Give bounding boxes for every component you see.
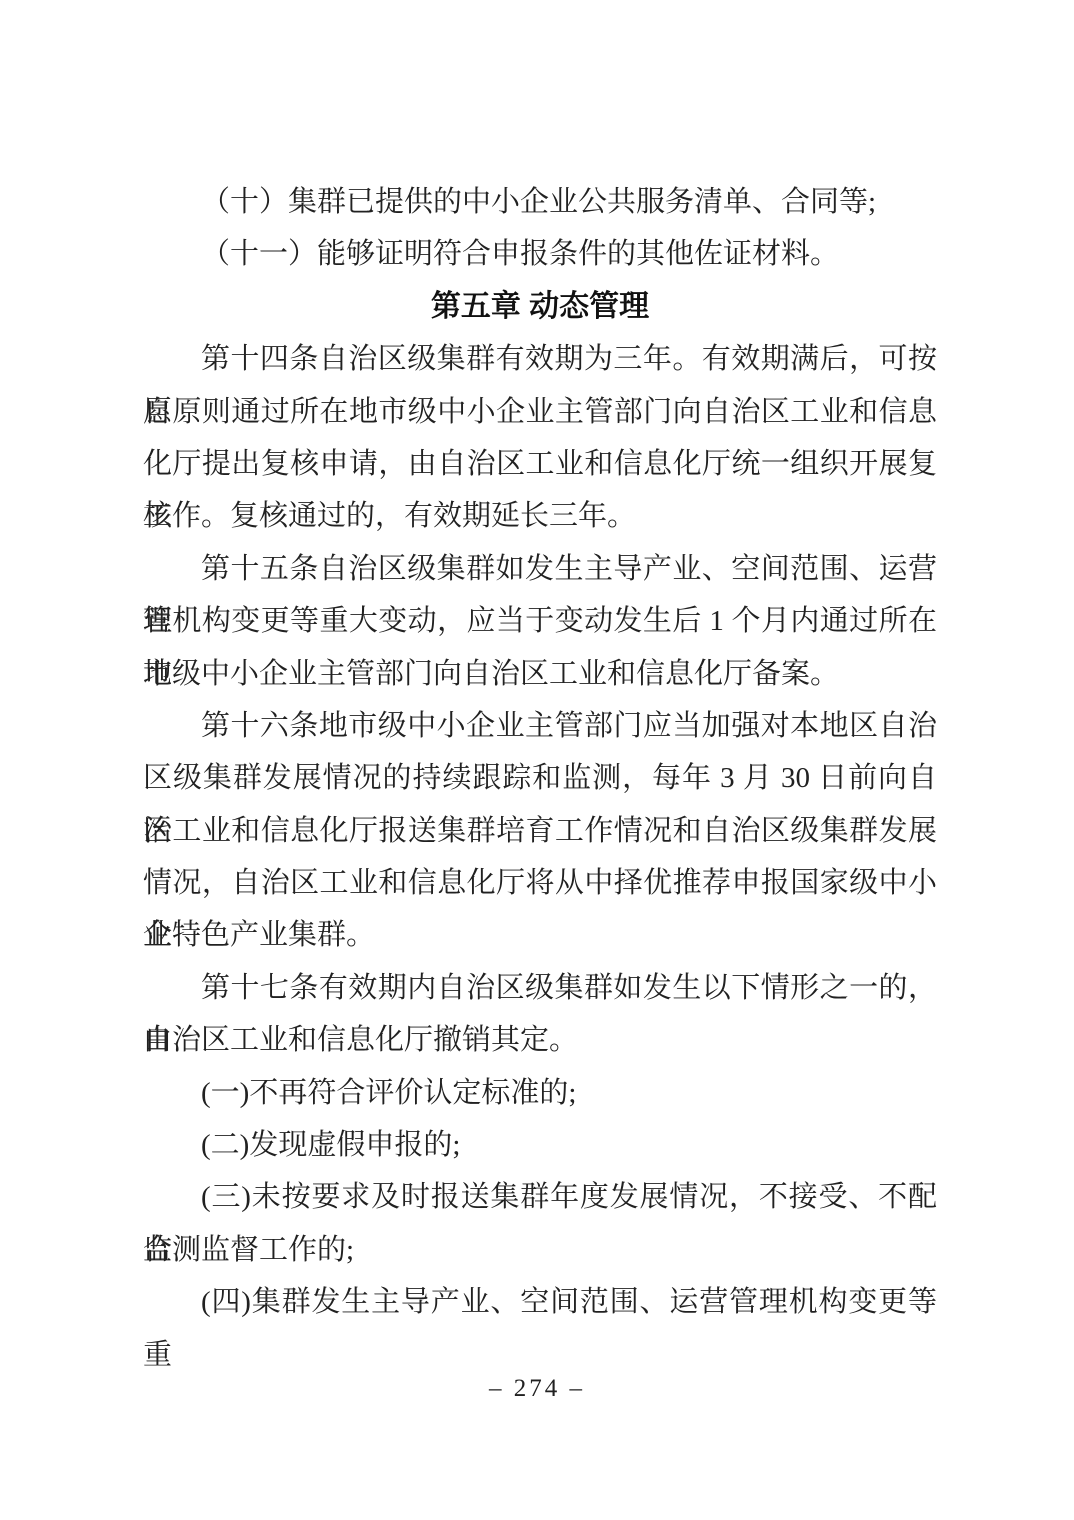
body-text-line: 区级集群发展情况的持续跟踪和监测，每年 3 月 30 日前向自治: [143, 752, 937, 804]
body-text-line: 第十六条地市级中小企业主管部门应当加强对本地区自治: [143, 700, 937, 752]
body-text-line: 区工业和信息化厅报送集群培育工作情况和自治区级集群发展: [143, 805, 937, 857]
body-text-line: 工作。复核通过的，有效期延长三年。: [143, 490, 937, 542]
body-text-line: 自治区工业和信息化厅撤销其定。: [143, 1014, 937, 1066]
body-text-line: 业特色产业集群。: [143, 909, 937, 961]
body-text-line: 化厅提出复核申请，由自治区工业和信息化厅统一组织开展复核: [143, 438, 937, 490]
list-item-line: (二)发现虚假申报的;: [143, 1119, 937, 1171]
body-text-line: 愿原则通过所在地市级中小企业主管部门向自治区工业和信息: [143, 386, 937, 438]
document-body: （十）集群已提供的中小企业公共服务清单、合同等; （十一）能够证明符合申报条件的…: [143, 176, 937, 1329]
list-item-line: （十一）能够证明符合申报条件的其他佐证材料。: [143, 228, 937, 280]
list-item-line: （十）集群已提供的中小企业公共服务清单、合同等;: [143, 176, 937, 228]
list-item-line: (三)未按要求及时报送集群年度发展情况，不接受、不配合: [143, 1171, 937, 1223]
body-text-line: 第十五条自治区级集群如发生主导产业、空间范围、运营管: [143, 543, 937, 595]
list-item-line: (四)集群发生主导产业、空间范围、运营管理机构变更等重: [143, 1276, 937, 1328]
page-number: – 274 –: [0, 1375, 1074, 1403]
body-text-line: 理机构变更等重大变动，应当于变动发生后 1 个月内通过所在地: [143, 595, 937, 647]
chapter-heading: 第五章 动态管理: [143, 281, 937, 333]
body-text-line: 第十七条有效期内自治区级集群如发生以下情形之一的，由: [143, 962, 937, 1014]
body-text-line: 情况，自治区工业和信息化厅将从中择优推荐申报国家级中小企: [143, 857, 937, 909]
body-text-line: 监测监督工作的;: [143, 1224, 937, 1276]
document-page: （十）集群已提供的中小企业公共服务清单、合同等; （十一）能够证明符合申报条件的…: [0, 0, 1074, 1520]
list-item-line: (一)不再符合评价认定标准的;: [143, 1067, 937, 1119]
body-text-line: 第十四条自治区级集群有效期为三年。有效期满后，可按自: [143, 333, 937, 385]
body-text-line: 市级中小企业主管部门向自治区工业和信息化厅备案。: [143, 648, 937, 700]
